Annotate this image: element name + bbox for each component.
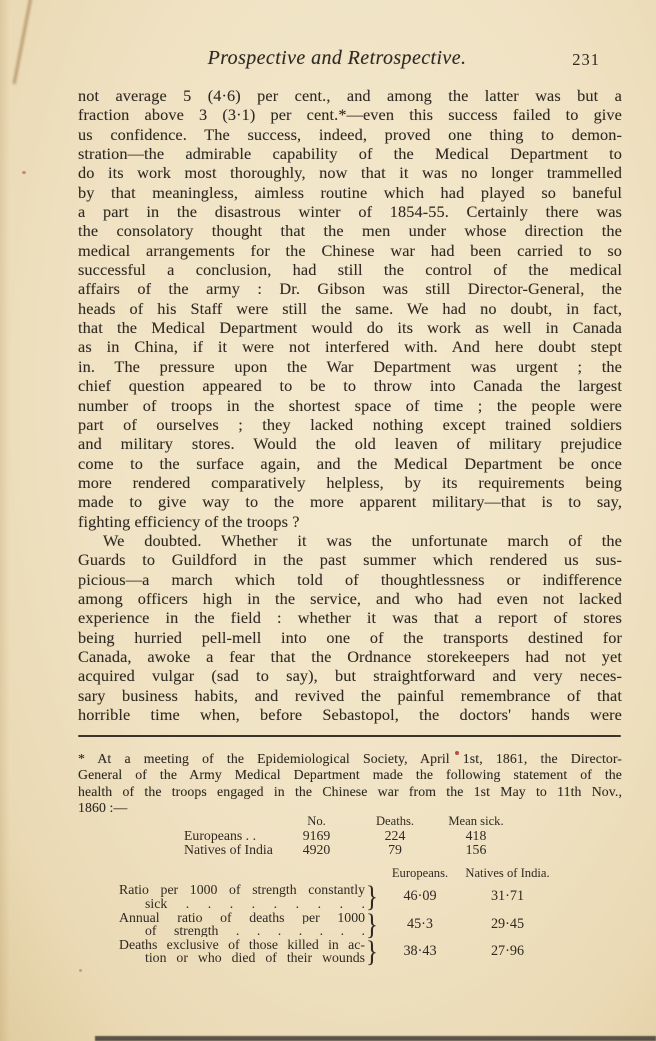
row-label: Deaths exclusive of those killed in ac- … bbox=[119, 938, 365, 965]
text-line: among officers high in the service, and … bbox=[78, 589, 622, 608]
footnote-table-totals: No. Deaths. Mean sick. Europeans . . 916… bbox=[78, 814, 622, 858]
text-line: experience in the field : whether it was… bbox=[78, 608, 622, 627]
text-line: fighting efficiency of the troops ? bbox=[78, 512, 622, 531]
text-line: medical arrangements for the Chinese war… bbox=[78, 241, 622, 260]
row-label-line1: Ratio per 1000 of strength constantly bbox=[119, 883, 365, 896]
text-line: made to give way to the more apparent mi… bbox=[78, 492, 622, 511]
row-label: Ratio per 1000 of strength constantly si… bbox=[119, 883, 365, 910]
paragraph-2: We doubted. Whether it was the unfortuna… bbox=[78, 531, 622, 724]
row-label-line2: sick . . . . . . . . . bbox=[119, 897, 365, 910]
cell-europeans: 46·09 bbox=[375, 888, 465, 905]
running-header: Prospective and Retrospective. 231 bbox=[78, 47, 622, 73]
text-line: health of the troops engaged in the Chin… bbox=[78, 784, 622, 800]
left-edge-shading bbox=[0, 0, 10, 1041]
text-line: us confidence. The success, indeed, prov… bbox=[78, 125, 622, 144]
text-line: more rendered comparatively helpless, by… bbox=[78, 473, 622, 492]
row-label-line2: tion or who died of their wounds bbox=[119, 951, 365, 964]
cell-natives: 31·71 bbox=[465, 888, 550, 905]
table-col-header-natives: Natives of India. bbox=[465, 866, 550, 883]
text-line: come to the surface again, and the Medic… bbox=[78, 454, 622, 473]
scan-shadow-bottom bbox=[95, 1036, 656, 1041]
text-line: acquired vulgar (sad to say), but straig… bbox=[78, 666, 622, 685]
row-label: Annual ratio of deaths per 1000 of stren… bbox=[119, 911, 365, 938]
text-line: We doubted. Whether it was the unfortuna… bbox=[78, 531, 622, 550]
table-cell-empty bbox=[184, 814, 278, 829]
text-line: affairs of the army : Dr. Gibson was sti… bbox=[78, 279, 622, 298]
table-col-header-no: No. bbox=[278, 814, 355, 829]
body-text: not average 5 (4·6) per cent., and among… bbox=[78, 86, 622, 724]
cell-no: 9169 bbox=[278, 829, 355, 844]
cell-natives: 27·96 bbox=[465, 943, 550, 960]
paragraph-1: not average 5 (4·6) per cent., and among… bbox=[78, 86, 622, 531]
table-row-constantly-sick: Ratio per 1000 of strength constantly si… bbox=[119, 883, 589, 910]
brace-glyph: } bbox=[366, 938, 375, 965]
brace-glyph: } bbox=[366, 883, 375, 910]
row-label: Natives of India bbox=[184, 843, 278, 858]
text-line: the consolatory thought that the men und… bbox=[78, 221, 622, 240]
text-line: do its work most thoroughly, now that it… bbox=[78, 163, 622, 182]
row-label-line2: of strength . . . . . . . bbox=[119, 924, 365, 937]
text-line: by that meaningless, aimless routine whi… bbox=[78, 183, 622, 202]
paper-speck bbox=[22, 171, 26, 174]
text-line: stration—the admirable capability of the… bbox=[78, 144, 622, 163]
text-line: General of the Army Medical Department m… bbox=[78, 767, 622, 783]
text-line: a part in the disastrous winter of 1854-… bbox=[78, 202, 622, 221]
cell-europeans: 38·43 bbox=[375, 943, 465, 960]
text-line: Canada, awoke a fear that the Ordnance s… bbox=[78, 647, 622, 666]
cell-natives: 29·45 bbox=[465, 916, 550, 933]
row-label-line1: Annual ratio of deaths per 1000 bbox=[119, 911, 365, 924]
table-col-header-europeans: Europeans. bbox=[375, 866, 465, 883]
text-line: as in China, if it were not interfered w… bbox=[78, 337, 622, 356]
cell-mean-sick: 156 bbox=[435, 843, 517, 858]
text-line: successful a conclusion, had still the c… bbox=[78, 260, 622, 279]
text-line: picious—a march which told of thoughtles… bbox=[78, 570, 622, 589]
paper-speck bbox=[79, 969, 82, 972]
cell-deaths: 224 bbox=[355, 829, 435, 844]
text-line: not average 5 (4·6) per cent., and among… bbox=[78, 86, 622, 105]
cell-europeans: 45·3 bbox=[375, 916, 465, 933]
text-line: in. The pressure upon the War Department… bbox=[78, 357, 622, 376]
text-line: * At a meeting of the Epidemiological So… bbox=[78, 751, 622, 767]
footnote-divider-rule bbox=[78, 735, 621, 737]
scanned-book-page: Prospective and Retrospective. 231 not a… bbox=[0, 0, 656, 1041]
table-header-row: Europeans. Natives of India. bbox=[119, 866, 589, 883]
footnote: * At a meeting of the Epidemiological So… bbox=[78, 751, 622, 816]
text-line: being hurried pell-mell into one of the … bbox=[78, 628, 622, 647]
cell-deaths: 79 bbox=[355, 843, 435, 858]
text-line: and military stores. Would the old leave… bbox=[78, 434, 622, 453]
text-line: part of ourselves ; they lacked nothing … bbox=[78, 415, 622, 434]
footnote-table-ratios: Europeans. Natives of India. Ratio per 1… bbox=[119, 866, 589, 965]
table-row-natives: Natives of India 4920 79 156 bbox=[78, 843, 622, 858]
table-row-europeans: Europeans . . 9169 224 418 bbox=[78, 829, 622, 844]
text-line: chief question appeared to be to throw i… bbox=[78, 376, 622, 395]
table-col-header-deaths: Deaths. bbox=[355, 814, 435, 829]
cell-no: 4920 bbox=[278, 843, 355, 858]
text-line: that the Medical Department would do its… bbox=[78, 318, 622, 337]
row-label-line1: Deaths exclusive of those killed in ac- bbox=[119, 938, 365, 951]
table-header-row: No. Deaths. Mean sick. bbox=[78, 814, 622, 829]
running-header-title: Prospective and Retrospective. bbox=[65, 47, 609, 70]
footnote-text: * At a meeting of the Epidemiological So… bbox=[78, 751, 622, 816]
page-number: 231 bbox=[572, 50, 600, 70]
table-row-deaths-exclusive: Deaths exclusive of those killed in ac- … bbox=[119, 938, 589, 965]
brace-glyph: } bbox=[366, 911, 375, 938]
text-line: sary business habits, and revived the pa… bbox=[78, 686, 622, 705]
text-line: Guards to Guildford in the past summer w… bbox=[78, 550, 622, 569]
text-line: heads of his Staff were still the same. … bbox=[78, 299, 622, 318]
text-line: number of troops in the shortest space o… bbox=[78, 396, 622, 415]
cell-mean-sick: 418 bbox=[435, 829, 517, 844]
table-row-annual-deaths: Annual ratio of deaths per 1000 of stren… bbox=[119, 910, 589, 937]
text-line: horrible time when, before Sebastopol, t… bbox=[78, 705, 622, 724]
table-col-header-mean-sick: Mean sick. bbox=[435, 814, 517, 829]
table-cell-empty bbox=[119, 866, 365, 883]
row-label: Europeans . . bbox=[184, 829, 278, 844]
text-line: fraction above 3 (3·1) per cent.*—even t… bbox=[78, 105, 622, 124]
